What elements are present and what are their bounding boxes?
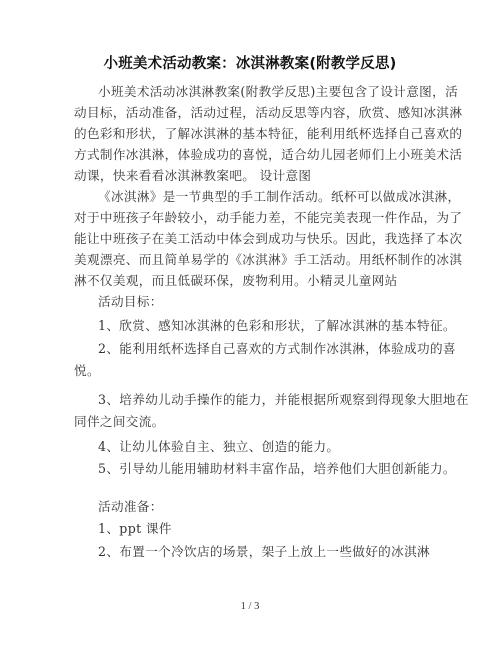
page-number: 1 / 3 [0,601,500,612]
paragraph-line: 《冰淇淋》是一节典型的手工制作活动。纸杯可以做成冰淇淋， [98,189,430,205]
list-item-continuation: 悦。 [74,363,430,379]
paragraph-line: 的色彩和形状，了解冰淇淋的基本特征，能利用纸杯选择自己喜欢的 [74,126,430,142]
paragraph-line: 淋不仅美观，而且低碳环保，废物利用。小精灵儿童网站 [74,273,430,289]
paragraph-line: 动课，快来看看冰淇淋教案吧。 设计意图 [74,168,430,184]
section-heading-preparation: 活动准备： [98,499,430,515]
section-heading-goals: 活动目标： [98,294,430,310]
paragraph-line: 方式制作冰淇淋，体验成功的喜悦，适合幼儿园老师们上小班美术活 [74,147,430,163]
list-item: 2、能利用纸杯选择自己喜欢的方式制作冰淇淋，体验成功的喜 [98,341,430,357]
paragraph-line: 对于中班孩子年龄较小，动手能力差，不能完美表现一件作品，为了 [74,210,430,226]
document-title: 小班美术活动教案：冰淇淋教案(附教学反思) [0,52,500,73]
list-item: 1、ppt 课件 [98,521,430,537]
document-page: 小班美术活动教案：冰淇淋教案(附教学反思) 小班美术活动冰淇淋教案(附教学反思)… [0,0,500,646]
paragraph-line: 美观漂亮、而且简单易学的《冰淇淋》手工活动。用纸杯制作的冰淇 [74,252,430,268]
paragraph-line: 能让中班孩子在美工活动中体会到成功与快乐。因此，我选择了本次 [74,231,430,247]
list-item: 1、欣赏、感知冰淇淋的色彩和形状，了解冰淇淋的基本特征。 [98,318,430,334]
list-item: 2、布置一个冷饮店的场景，架子上放上一些做好的冰淇淋 [98,544,430,560]
list-item: 5、引导幼儿能用辅助材料丰富作品，培养他们大胆创新能力。 [98,461,430,477]
list-item-continuation: 同伴之间交流。 [74,414,430,430]
paragraph-line: 动目标，活动准备，活动过程，活动反思等内容，欣赏、感知冰淇淋 [74,105,430,121]
list-item: 3、培养幼儿动手操作的能力，并能根据所观察到得现象大胆地在 [98,392,430,408]
paragraph-line: 小班美术活动冰淇淋教案(附教学反思)主要包含了设计意图，活 [98,84,430,100]
list-item: 4、让幼儿体验自主、独立、创造的能力。 [98,439,430,455]
